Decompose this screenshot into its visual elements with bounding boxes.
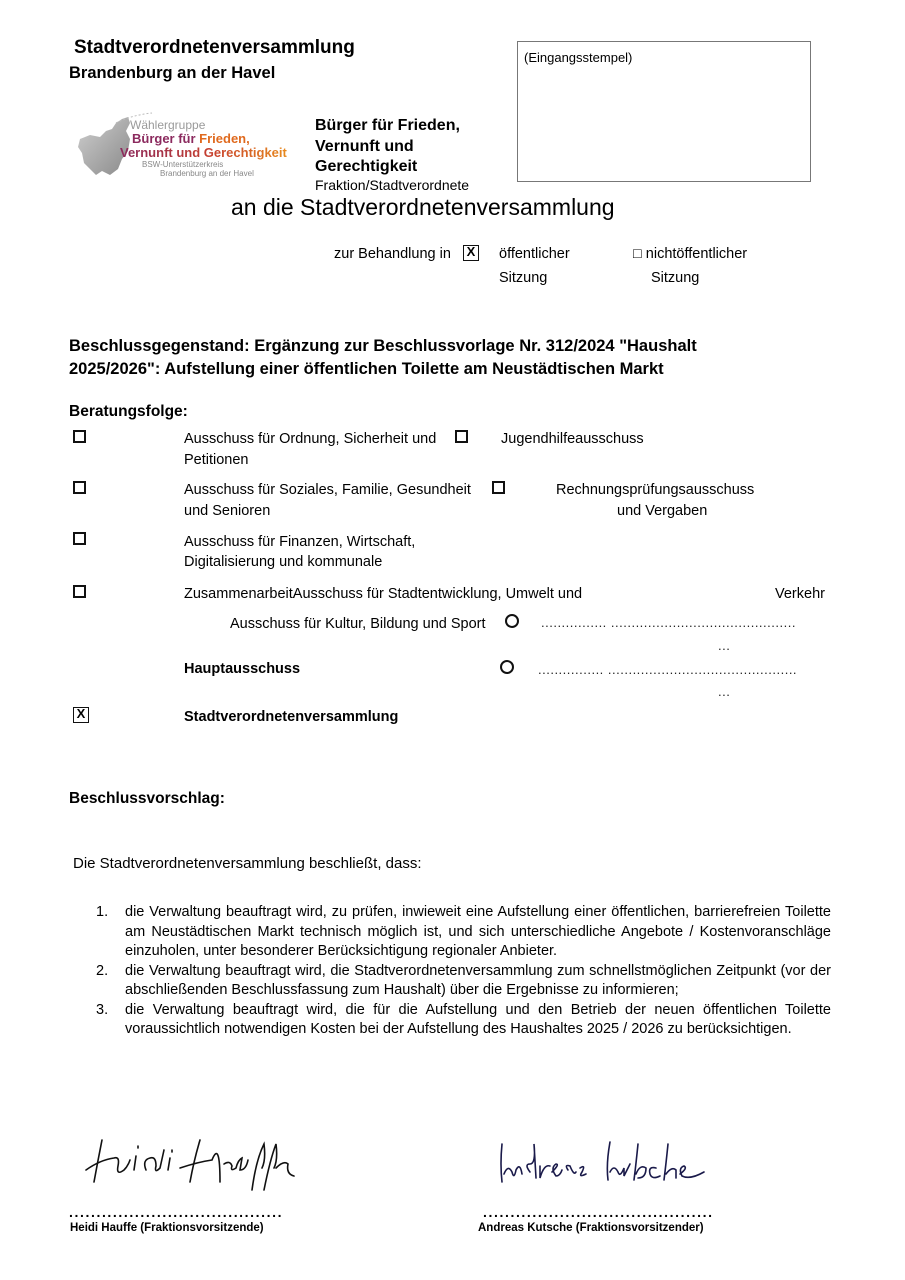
committee-checkbox-stadtentwicklung[interactable] — [73, 585, 86, 598]
beratungsfolge-heading: Beratungsfolge: — [69, 403, 188, 421]
nonpublic-session-label-1: nichtöffentlicher — [646, 246, 747, 262]
public-session-label-1: öffentlicher — [499, 246, 570, 262]
committee-rechnungspruefung-line1: Rechnungsprüfungsausschuss — [556, 482, 754, 498]
logo-line1: Bürger für Frieden, — [132, 131, 250, 146]
list-item: 3.die Verwaltung beauftragt wird, die fü… — [96, 1001, 831, 1040]
sender-name-line: Bürger für Frieden, — [315, 116, 460, 137]
committee-hauptausschuss: Hauptausschuss — [184, 661, 300, 677]
committee-ordnung-line2: Petitionen — [184, 452, 249, 468]
receipt-stamp-label: (Eingangsstempel) — [524, 50, 632, 65]
committee-jugendhilfe: Jugendhilfeausschuss — [501, 431, 644, 447]
committee-radio-kultur[interactable] — [505, 614, 519, 628]
committee-checkbox-svv[interactable]: X — [73, 707, 89, 723]
nonpublic-session-option[interactable]: □ nichtöffentlicher — [633, 246, 747, 262]
sender-name: Bürger für Frieden, Vernunft und Gerecht… — [315, 116, 460, 178]
committee-kultur-dots2: ... — [718, 638, 730, 653]
committee-hauptausschuss-dots2: ... — [718, 684, 730, 699]
committee-soziales-line1: Ausschuss für Soziales, Familie, Gesundh… — [184, 482, 471, 498]
proposal-intro: Die Stadtverordnetenversammlung beschlie… — [73, 855, 422, 872]
committee-soziales-line2: und Senioren — [184, 503, 270, 519]
recipient-heading: an die Stadtverordnetenversammlung — [231, 194, 615, 221]
list-item-number: 2. — [96, 962, 108, 982]
logo-line3: BSW-Unterstützerkreis — [142, 160, 223, 169]
signature-line-1: ....................................... — [69, 1204, 283, 1220]
subject-line-1: Beschlussgegenstand: Ergänzung zur Besch… — [69, 337, 697, 356]
committee-svv: Stadtverordnetenversammlung — [184, 709, 398, 725]
sender-name-line: Vernunft und — [315, 137, 460, 158]
public-session-checkbox[interactable]: X — [463, 245, 479, 261]
committee-checkbox-finanzen[interactable] — [73, 532, 86, 545]
logo-line1-part2: Frieden, — [199, 131, 250, 146]
signature-heidi-hauffe — [80, 1130, 310, 1200]
signatory-2-name: Andreas Kutsche (Fraktionsvorsitzender) — [478, 1222, 704, 1234]
committee-checkbox-rechnungspruefung[interactable] — [492, 481, 505, 494]
nonpublic-session-checkbox[interactable]: □ — [633, 246, 642, 262]
committee-stadtentwicklung: ZusammenarbeitAusschuss für Stadtentwick… — [184, 586, 582, 602]
logo-line2: Vernunft und Gerechtigkeit — [120, 145, 287, 160]
public-session-label-2: Sitzung — [499, 270, 547, 286]
sender-name-line: Gerechtigkeit — [315, 157, 460, 178]
committee-kultur-dots: ................ .......................… — [541, 615, 796, 630]
list-item: 1.die Verwaltung beauftragt wird, zu prü… — [96, 903, 831, 962]
document-subtitle: Brandenburg an der Havel — [69, 64, 275, 83]
subject-line-2: 2025/2026": Aufstellung einer öffentlich… — [69, 360, 664, 379]
nonpublic-session-label-2: Sitzung — [651, 270, 699, 286]
sender-role: Fraktion/Stadtverordnete — [315, 177, 469, 193]
signature-andreas-kutsche — [490, 1134, 710, 1194]
committee-finanzen-line1: Ausschuss für Finanzen, Wirtschaft, — [184, 534, 415, 550]
logo-small-label: Wählergruppe — [130, 118, 205, 132]
session-label: zur Behandlung in — [334, 246, 451, 262]
committee-checkbox-soziales[interactable] — [73, 481, 86, 494]
party-logo: Wählergruppe Bürger für Frieden, Vernunf… — [72, 109, 304, 189]
list-item-text: die Verwaltung beauftragt wird, die Stad… — [125, 963, 831, 999]
list-item-text: die Verwaltung beauftragt wird, die für … — [125, 1002, 831, 1038]
signatory-1-name: Heidi Hauffe (Fraktionsvorsitzende) — [70, 1222, 264, 1234]
list-item-number: 3. — [96, 1001, 108, 1021]
proposal-heading: Beschlussvorschlag: — [69, 790, 225, 808]
committee-kultur: Ausschuss für Kultur, Bildung und Sport — [230, 616, 486, 632]
committee-hauptausschuss-dots: ................ .......................… — [538, 662, 797, 677]
logo-line1-part1: Bürger für — [132, 131, 199, 146]
committee-checkbox-jugendhilfe[interactable] — [455, 430, 468, 443]
committee-checkbox-ordnung[interactable] — [73, 430, 86, 443]
list-item-text: die Verwaltung beauftragt wird, zu prüfe… — [125, 904, 831, 959]
committee-stadtentwicklung-right: Verkehr — [775, 586, 825, 602]
logo-line4: Brandenburg an der Havel — [160, 169, 254, 178]
receipt-stamp-box: (Eingangsstempel) — [517, 41, 811, 182]
proposal-list: 1.die Verwaltung beauftragt wird, zu prü… — [96, 903, 831, 1040]
list-item: 2.die Verwaltung beauftragt wird, die St… — [96, 962, 831, 1001]
list-item-number: 1. — [96, 903, 108, 923]
committee-finanzen-line2: Digitalisierung und kommunale — [184, 554, 382, 570]
signature-line-2: ........................................… — [483, 1204, 714, 1220]
document-title: Stadtverordnetenversammlung — [74, 37, 355, 59]
committee-rechnungspruefung-line2: und Vergaben — [617, 503, 707, 519]
committee-radio-hauptausschuss[interactable] — [500, 660, 514, 674]
committee-ordnung-line1: Ausschuss für Ordnung, Sicherheit und — [184, 431, 436, 447]
